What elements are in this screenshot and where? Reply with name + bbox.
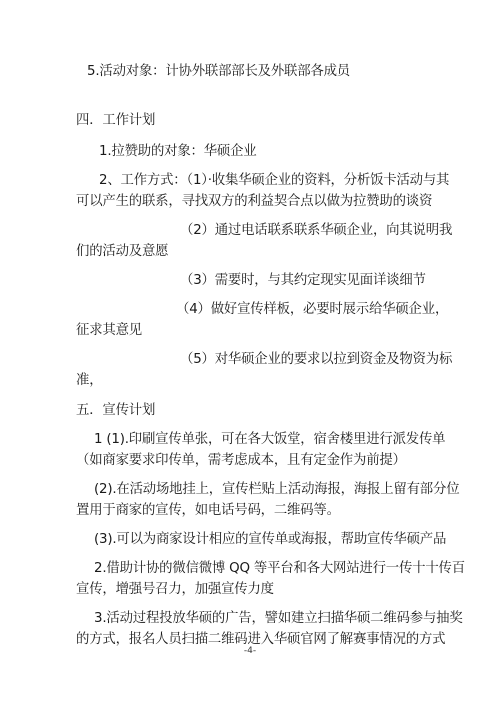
- work-method-item-2-line-1: （2）通过电话联系联系华硕企业，向其说明我: [180, 223, 452, 239]
- page-number: -4-: [0, 646, 500, 656]
- document-page: 5.活动对象：计协外联部部长及外联部各成员 四．工作计划 1.拉赞助的对象：华硕…: [0, 0, 500, 707]
- activity-target-line: 5.活动对象：计协外联部部长及外联部各成员: [87, 64, 350, 80]
- work-method-item-4-line-1: （4）做好宣传样板，必要时展示给华硕企业，: [176, 302, 448, 318]
- promo-item-1-2-line-2: 置用于商家的宣传，如电话号码，二维码等。: [76, 503, 340, 519]
- work-method-item-5-line-1: （5）对华硕企业的要求以拉到资金及物资为标: [180, 352, 452, 368]
- work-method-item-5-line-2: 准，: [76, 373, 102, 389]
- work-method-item-1-line-2: 可以产生的联系，寻找双方的利益契合点以做为拉赞助的谈资: [76, 194, 432, 210]
- promo-item-1-1-line-1: 1 (1).印刷宣传单张，可在各大饭堂，宿舍楼里进行派发传单: [94, 432, 445, 448]
- work-method-item-4-line-2: 征求其意见: [76, 323, 142, 339]
- promo-item-2-line-1: 2.借助计协的微信微博 QQ 等平台和各大网站进行一传十十传百: [94, 561, 465, 577]
- promo-item-1-1-line-2: （如商家要求印传单，需考虑成本，且有定金作为前提）: [76, 453, 406, 469]
- work-method-item-2-line-2: 们的活动及意愿: [76, 244, 168, 260]
- work-method-item-3: （3）需要时，与其约定现实见面详谈细节: [180, 273, 426, 289]
- sponsor-target-line: 1.拉赞助的对象：华硕企业: [99, 144, 256, 160]
- section-heading-work-plan: 四．工作计划: [76, 113, 155, 129]
- promo-item-3-line-1: 3.活动过程投放华硕的广告，譬如建立扫描华硕二维码参与抽奖: [94, 611, 463, 627]
- work-method-item-1-line-1: 2、工作方式：（1）·收集华硕企业的资料，分析饭卡活动与其: [99, 173, 449, 189]
- promo-item-1-3: (3).可以为商家设计相应的宣传单或海报，帮助宣传华硕产品: [94, 532, 446, 548]
- promo-item-1-2-line-1: (2).在活动场地挂上，宣传栏贴上活动海报，海报上留有部分位: [94, 482, 459, 498]
- promo-item-2-line-2: 宣传，增强号召力，加强宣传力度: [76, 582, 274, 598]
- section-heading-promotion-plan: 五．宣传计划: [76, 403, 155, 419]
